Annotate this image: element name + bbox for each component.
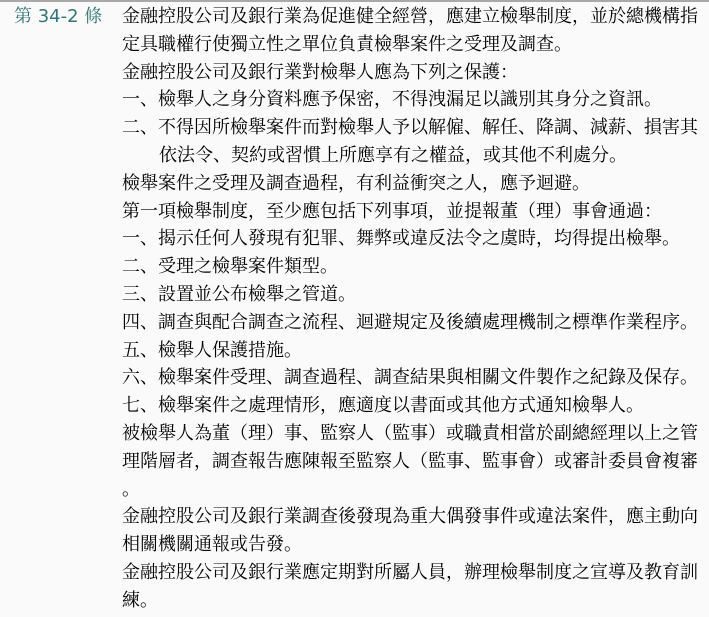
article-text-line: 二、不得因所檢舉案件而對檢舉人予以解僱、解任、降調、減薪、損害其 — [122, 114, 709, 142]
article-text-line: 被檢舉人為董（理）事、監察人（監事）或職責相當於副總經理以上之管 — [122, 420, 709, 448]
article-text-line: 金融控股公司及銀行業對檢舉人應為下列之保護： — [122, 59, 709, 87]
article-text-line: 。 — [122, 476, 709, 504]
article-text-line: 相關機關通報或告發。 — [122, 531, 709, 559]
article-text-line: 五、檢舉人保護措施。 — [122, 337, 709, 365]
article-text-line: 定具職權行使獨立性之單位負責檢舉案件之受理及調查。 — [122, 31, 709, 59]
article-text-line: 金融控股公司及銀行業調查後發現為重大偶發事件或違法案件，應主動向 — [122, 503, 709, 531]
law-article-page: 第 34-2 條 金融控股公司及銀行業為促進健全經營，應建立檢舉制度，並於總機構… — [0, 0, 709, 617]
article-text-line: 六、檢舉案件受理、調查過程、調查結果與相關文件製作之紀錄及保存。 — [122, 364, 709, 392]
article-text-line: 七、檢舉案件之處理情形，應適度以書面或其他方式通知檢舉人。 — [122, 392, 709, 420]
article-text-line: 三、設置並公布檢舉之管道。 — [122, 281, 709, 309]
article-body: 金融控股公司及銀行業為促進健全經營，應建立檢舉制度，並於總機構指定具職權行使獨立… — [122, 3, 709, 615]
article-text-line: 一、檢舉人之身分資料應予保密，不得洩漏足以識別其身分之資訊。 — [122, 86, 709, 114]
article-row: 第 34-2 條 金融控股公司及銀行業為促進健全經營，應建立檢舉制度，並於總機構… — [0, 3, 709, 615]
article-text-line: 檢舉案件之受理及調查過程，有利益衝突之人，應予迴避。 — [122, 170, 709, 198]
article-text-line: 二、受理之檢舉案件類型。 — [122, 253, 709, 281]
article-text-line: 依法令、契約或習慣上所應享有之權益，或其他不利處分。 — [122, 142, 709, 170]
article-text-line: 四、調查與配合調查之流程、迴避規定及後續處理機制之標準作業程序。 — [122, 309, 709, 337]
article-text-line: 練。 — [122, 587, 709, 615]
article-number: 第 34-2 條 — [0, 3, 122, 31]
article-text-line: 金融控股公司及銀行業為促進健全經營，應建立檢舉制度，並於總機構指 — [122, 3, 709, 31]
article-text-line: 理階層者，調查報告應陳報至監察人（監事、監事會）或審計委員會複審 — [122, 448, 709, 476]
article-text-line: 第一項檢舉制度，至少應包括下列事項，並提報董（理）事會通過： — [122, 198, 709, 226]
article-text-line: 金融控股公司及銀行業應定期對所屬人員，辦理檢舉制度之宣導及教育訓 — [122, 559, 709, 587]
article-text-line: 一、揭示任何人發現有犯罪、舞弊或違反法令之虞時，均得提出檢舉。 — [122, 225, 709, 253]
